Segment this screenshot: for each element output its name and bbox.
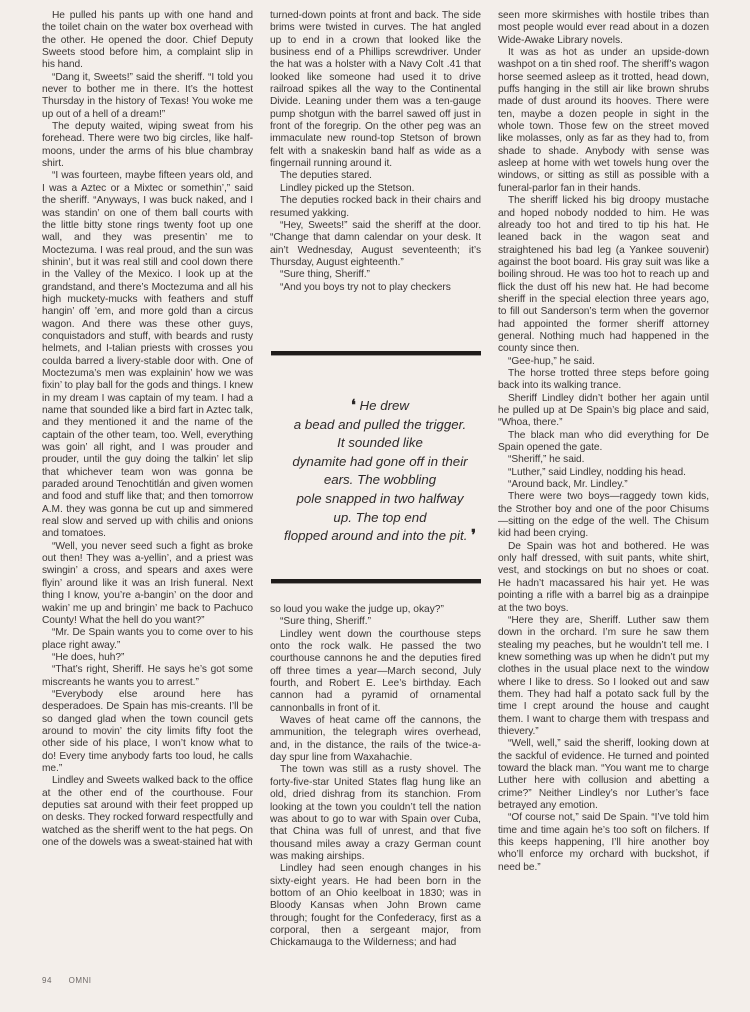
paragraph: “Around back, Mr. Lindley.”	[498, 479, 709, 491]
pullquote-line: He drew	[360, 398, 410, 413]
column-3: seen more skirmishes with hostile tribes…	[498, 10, 709, 874]
paragraph: Lindley and Sweets walked back to the of…	[42, 775, 253, 849]
open-quote-icon: ❛	[351, 397, 356, 414]
paragraph: turned-down points at front and back. Th…	[270, 10, 481, 170]
pullquote: ❛ He drew a bead and pulled the trigger.…	[266, 397, 494, 546]
magazine-name: OMNI	[69, 976, 92, 985]
paragraph: “Sure thing, Sheriff.”	[270, 616, 481, 628]
pullquote-line: up. The top end	[266, 509, 494, 528]
paragraph: “Hey, Sweets!” said the sheriff at the d…	[270, 220, 481, 269]
paragraph: “Everybody else around here has desperad…	[42, 689, 253, 775]
paragraph: Lindley picked up the Stetson.	[270, 183, 481, 195]
paragraph: “Of course not,” said De Spain. “I’ve to…	[498, 812, 709, 874]
page-number: 94	[42, 976, 52, 985]
paragraph: seen more skirmishes with hostile tribes…	[498, 10, 709, 47]
paragraph: Sheriff Lindley didn’t bother her again …	[498, 393, 709, 430]
paragraph: “That’s right, Sheriff. He says he’s got…	[42, 664, 253, 689]
page-folio: 94 OMNI	[42, 976, 106, 985]
pullquote-line: a bead and pulled the trigger.	[266, 416, 494, 435]
paragraph: “Mr. De Spain wants you to come over to …	[42, 627, 253, 652]
paragraph: “Well, well,” said the sheriff, looking …	[498, 738, 709, 812]
magazine-page: He pulled his pants up with one hand and…	[0, 0, 750, 1012]
column-2-bottom: so loud you wake the judge up, okay?” “S…	[270, 604, 481, 950]
paragraph: The deputies stared.	[270, 170, 481, 182]
paragraph: “Sheriff,” he said.	[498, 454, 709, 466]
pullquote-line: ears. The wobbling	[266, 471, 494, 490]
paragraph: The deputy waited, wiping sweat from his…	[42, 121, 253, 170]
paragraph: The deputies rocked back in their chairs…	[270, 195, 481, 220]
pullquote-line: pole snapped in two halfway	[266, 490, 494, 509]
paragraph: It was as hot as under an upside-down wa…	[498, 47, 709, 195]
paragraph: “Sure thing, Sheriff.”	[270, 269, 481, 281]
paragraph: The horse trotted three steps before goi…	[498, 368, 709, 393]
paragraph: “I was fourteen, maybe fifteen years old…	[42, 170, 253, 540]
paragraph: “Here they are, Sheriff. Luther saw them…	[498, 615, 709, 738]
paragraph: “Well, you never seed such a fight as br…	[42, 541, 253, 627]
pullquote-line: flopped around and into the pit.	[284, 528, 467, 543]
paragraph: “Dang it, Sweets!” said the sheriff. “I …	[42, 72, 253, 121]
pullquote-line: It sounded like	[266, 434, 494, 453]
paragraph: Waves of heat came off the cannons, the …	[270, 715, 481, 764]
column-1: He pulled his pants up with one hand and…	[42, 10, 253, 849]
paragraph: The town was still as a rusty shovel. Th…	[270, 764, 481, 863]
paragraph: “Gee-hup,” he said.	[498, 356, 709, 368]
paragraph: “He does, huh?”	[42, 652, 253, 664]
close-quote-icon: ❜	[471, 527, 476, 544]
paragraph: He pulled his pants up with one hand and…	[42, 10, 253, 72]
paragraph: Lindley went down the courthouse steps o…	[270, 629, 481, 715]
pullquote-line: dynamite had gone off in their	[266, 453, 494, 472]
paragraph: so loud you wake the judge up, okay?”	[270, 604, 481, 616]
paragraph: “Luther,” said Lindley, nodding his head…	[498, 467, 709, 479]
paragraph: De Spain was hot and bothered. He was on…	[498, 541, 709, 615]
paragraph: The sheriff licked his big droopy mustac…	[498, 195, 709, 355]
paragraph: The black man who did everything for De …	[498, 430, 709, 455]
pullquote-rule-bottom	[271, 579, 481, 584]
paragraph: Lindley had seen enough changes in his s…	[270, 863, 481, 949]
paragraph: There were two boys—raggedy town kids, t…	[498, 491, 709, 540]
pullquote-rule-top	[271, 351, 481, 356]
paragraph: “And you boys try not to play checkers	[270, 282, 481, 294]
column-2-top: turned-down points at front and back. Th…	[270, 10, 481, 294]
